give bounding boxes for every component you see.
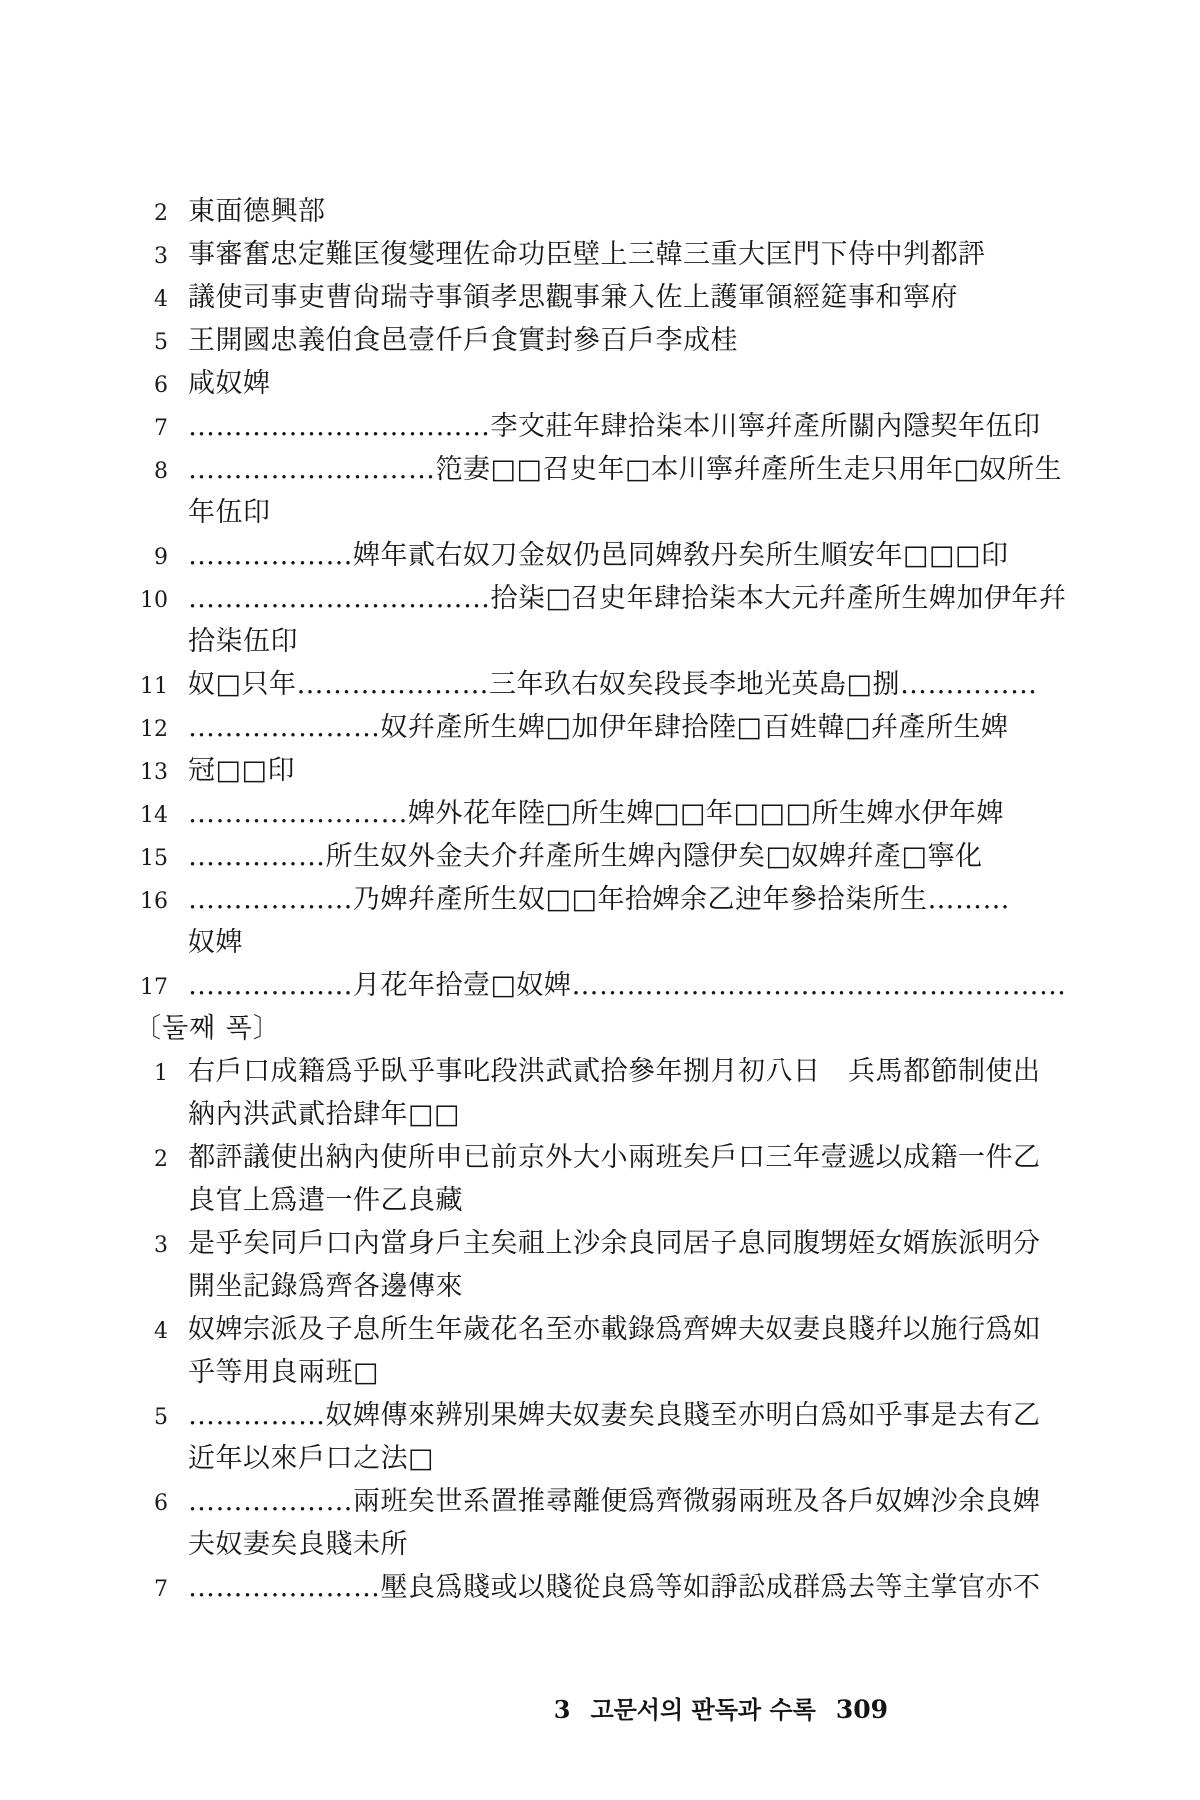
transcription-line: 7……………………………李文莊年肆拾柒本川寧幷產所關內隱契年伍印 — [0, 405, 1067, 448]
transcription-line: 4奴婢宗派及子息所生年歲花名至亦載錄爲齊婢夫奴妻良賤幷以施行爲如 — [0, 1308, 1067, 1351]
line-number: 6 — [0, 1491, 168, 1516]
transcription-line-continuation: 納內洪武貳拾肆年□□ — [0, 1093, 1067, 1136]
line-text: ………………月花年拾壹□奴婢……………………………………………… — [188, 964, 1067, 1007]
transcription-line: 5……………奴婢傳來辨別果婢夫奴妻矣良賤至亦明白爲如乎事是去有乙 — [0, 1394, 1067, 1437]
transcription: 2東面德興部3事審奮忠定難匡復燮理佐命功臣壁上三韓三重大匡門下侍中判都評4議使司… — [0, 190, 1067, 1609]
line-text: 乎等用良兩班□ — [188, 1351, 379, 1394]
transcription-line: 4議使司事吏曹尙瑞寺事領孝思觀事兼入佐上護軍領經筵事和寧府 — [0, 276, 1067, 319]
transcription-line-continuation: 近年以來戶口之法□ — [0, 1437, 1067, 1480]
transcription-line: 14……………………婢外花年陸□所生婢□□年□□□所生婢水伊年婢 — [0, 792, 1067, 835]
transcription-line: 13冠□□印 — [0, 749, 1067, 792]
transcription-line: 2都評議使出納內使所申已前京外大小兩班矣戶口三年壹遞以成籍一件乙 — [0, 1136, 1067, 1179]
line-number: 9 — [0, 545, 168, 570]
line-text: 事審奮忠定難匡復燮理佐命功臣壁上三韓三重大匡門下侍中判都評 — [188, 233, 986, 276]
line-text: 王開國忠義伯食邑壹仟戶食實封參百戶李成桂 — [188, 319, 738, 362]
line-number: 12 — [0, 717, 168, 742]
line-number: 17 — [0, 975, 168, 1000]
page-footer: 3 고문서의 판독과 수록 309 — [554, 1690, 888, 1725]
line-number: 8 — [0, 459, 168, 484]
transcription-line: 16………………乃婢幷產所生奴□□年拾婢余乙迚年參拾柒所生……… — [0, 878, 1067, 921]
transcription-line: 12…………………奴幷產所生婢□加伊年肆拾陸□百姓韓□幷產所生婢 — [0, 706, 1067, 749]
line-number: 7 — [0, 1577, 168, 1602]
line-text: ………………乃婢幷產所生奴□□年拾婢余乙迚年參拾柒所生……… — [188, 878, 1010, 921]
line-text: 右戶口成籍爲乎臥乎事叱段洪武貳拾參年捌月初八日 兵馬都節制使出 — [188, 1050, 1041, 1093]
line-text: ……………所生奴外金夫介幷產所生婢內隱伊矣□奴婢幷產□寧化 — [188, 835, 983, 878]
line-text: ………………婢年貳右奴刀金奴仍邑同婢敎丹矣所生順安年□□□印 — [188, 534, 1009, 577]
transcription-line-continuation: 夫奴妻矣良賤未所 — [0, 1523, 1067, 1566]
transcription-line: 2東面德興部 — [0, 190, 1067, 233]
transcription-line-continuation: 良官上爲遣一件乙良藏 — [0, 1179, 1067, 1222]
line-text: ……………………婢外花年陸□所生婢□□年□□□所生婢水伊年婢 — [188, 792, 1004, 835]
line-number: 3 — [0, 244, 168, 269]
transcription-line: 15……………所生奴外金夫介幷產所生婢內隱伊矣□奴婢幷產□寧化 — [0, 835, 1067, 878]
line-text: 奴婢宗派及子息所生年歲花名至亦載錄爲齊婢夫奴妻良賤幷以施行爲如 — [188, 1308, 1041, 1351]
line-text: 奴婢 — [188, 921, 243, 964]
line-text: 納內洪武貳拾肆年□□ — [188, 1093, 460, 1136]
transcription-line: 5王開國忠義伯食邑壹仟戶食實封參百戶李成桂 — [0, 319, 1067, 362]
transcription-line-continuation: 奴婢 — [0, 921, 1067, 964]
line-number: 13 — [0, 760, 168, 785]
line-text: 夫奴妻矣良賤未所 — [188, 1523, 408, 1566]
line-number: 5 — [0, 1405, 168, 1430]
line-text: 拾柒伍印 — [188, 620, 298, 663]
transcription-line: 7…………………壓良爲賤或以賤從良爲等如諍訟成群爲去等主掌官亦不 — [0, 1566, 1067, 1609]
line-text: 奴□只年…………………三年玖右奴矣段長李地光英島□捌…………… — [188, 663, 1038, 706]
line-number: 10 — [0, 588, 168, 613]
transcription-line-continuation: 乎等用良兩班□ — [0, 1351, 1067, 1394]
line-number: 11 — [0, 674, 168, 699]
section-label: 〔둘째 폭〕 — [134, 1007, 1067, 1050]
line-number: 2 — [0, 1147, 168, 1172]
scanned-book-page: 2東面德興部3事審奮忠定難匡復燮理佐命功臣壁上三韓三重大匡門下侍中判都評4議使司… — [0, 0, 1200, 1800]
line-text: 年伍印 — [188, 491, 271, 534]
line-text: ……………奴婢傳來辨別果婢夫奴妻矣良賤至亦明白爲如乎事是去有乙 — [188, 1394, 1041, 1437]
line-text: 是乎矣同戶口內當身戶主矣祖上沙余良同居子息同腹甥姪女婿族派明分 — [188, 1222, 1041, 1265]
transcription-line: 1右戶口成籍爲乎臥乎事叱段洪武貳拾參年捌月初八日 兵馬都節制使出 — [0, 1050, 1067, 1093]
line-text: 冠□□印 — [188, 749, 295, 792]
line-number: 14 — [0, 803, 168, 828]
line-number: 2 — [0, 201, 168, 226]
chapter-number: 3 — [554, 1695, 571, 1724]
line-text: ……………………………拾柒□召史年肆拾柒本大元幷產所生婢加伊年幷 — [188, 577, 1067, 620]
transcription-line: 6咸奴婢 — [0, 362, 1067, 405]
line-text: 東面德興部 — [188, 190, 326, 233]
line-text: 都評議使出納內使所申已前京外大小兩班矣戶口三年壹遞以成籍一件乙 — [188, 1136, 1041, 1179]
line-number: 5 — [0, 330, 168, 355]
line-number: 16 — [0, 889, 168, 914]
page-number: 309 — [836, 1695, 888, 1724]
line-number: 6 — [0, 373, 168, 398]
line-text: ………………兩班矣世系置推尋離便爲齊微弱兩班及各戶奴婢沙余良婢 — [188, 1480, 1041, 1523]
line-text: …………………奴幷產所生婢□加伊年肆拾陸□百姓韓□幷產所生婢 — [188, 706, 1009, 749]
transcription-line: 17………………月花年拾壹□奴婢……………………………………………… — [0, 964, 1067, 1007]
transcription-line-continuation: 年伍印 — [0, 491, 1067, 534]
line-text: 良官上爲遣一件乙良藏 — [188, 1179, 463, 1222]
line-text: 咸奴婢 — [188, 362, 271, 405]
transcription-line: 8………………………笵妻□□召史年□本川寧幷產所生走只用年□奴所生 — [0, 448, 1067, 491]
line-number: 3 — [0, 1233, 168, 1258]
chapter-title: 고문서의 판독과 수록 — [590, 1690, 815, 1725]
line-text: 議使司事吏曹尙瑞寺事領孝思觀事兼入佐上護軍領經筵事和寧府 — [188, 276, 958, 319]
transcription-line: 10……………………………拾柒□召史年肆拾柒本大元幷產所生婢加伊年幷 — [0, 577, 1067, 620]
line-number: 15 — [0, 846, 168, 871]
line-number: 4 — [0, 287, 168, 312]
transcription-line: 9………………婢年貳右奴刀金奴仍邑同婢敎丹矣所生順安年□□□印 — [0, 534, 1067, 577]
line-number: 1 — [0, 1061, 168, 1086]
line-number: 4 — [0, 1319, 168, 1344]
transcription-line: 3是乎矣同戶口內當身戶主矣祖上沙余良同居子息同腹甥姪女婿族派明分 — [0, 1222, 1067, 1265]
line-text: ………………………笵妻□□召史年□本川寧幷產所生走只用年□奴所生 — [188, 448, 1062, 491]
transcription-line-continuation: 開坐記錄爲齊各邊傳來 — [0, 1265, 1067, 1308]
transcription-line: 3事審奮忠定難匡復燮理佐命功臣壁上三韓三重大匡門下侍中判都評 — [0, 233, 1067, 276]
transcription-line-continuation: 拾柒伍印 — [0, 620, 1067, 663]
transcription-line: 11奴□只年…………………三年玖右奴矣段長李地光英島□捌…………… — [0, 663, 1067, 706]
line-text: 近年以來戶口之法□ — [188, 1437, 434, 1480]
line-text: ……………………………李文莊年肆拾柒本川寧幷產所關內隱契年伍印 — [188, 405, 1041, 448]
line-text: …………………壓良爲賤或以賤從良爲等如諍訟成群爲去等主掌官亦不 — [188, 1566, 1041, 1609]
line-number: 7 — [0, 416, 168, 441]
line-text: 開坐記錄爲齊各邊傳來 — [188, 1265, 463, 1308]
transcription-line: 6………………兩班矣世系置推尋離便爲齊微弱兩班及各戶奴婢沙余良婢 — [0, 1480, 1067, 1523]
